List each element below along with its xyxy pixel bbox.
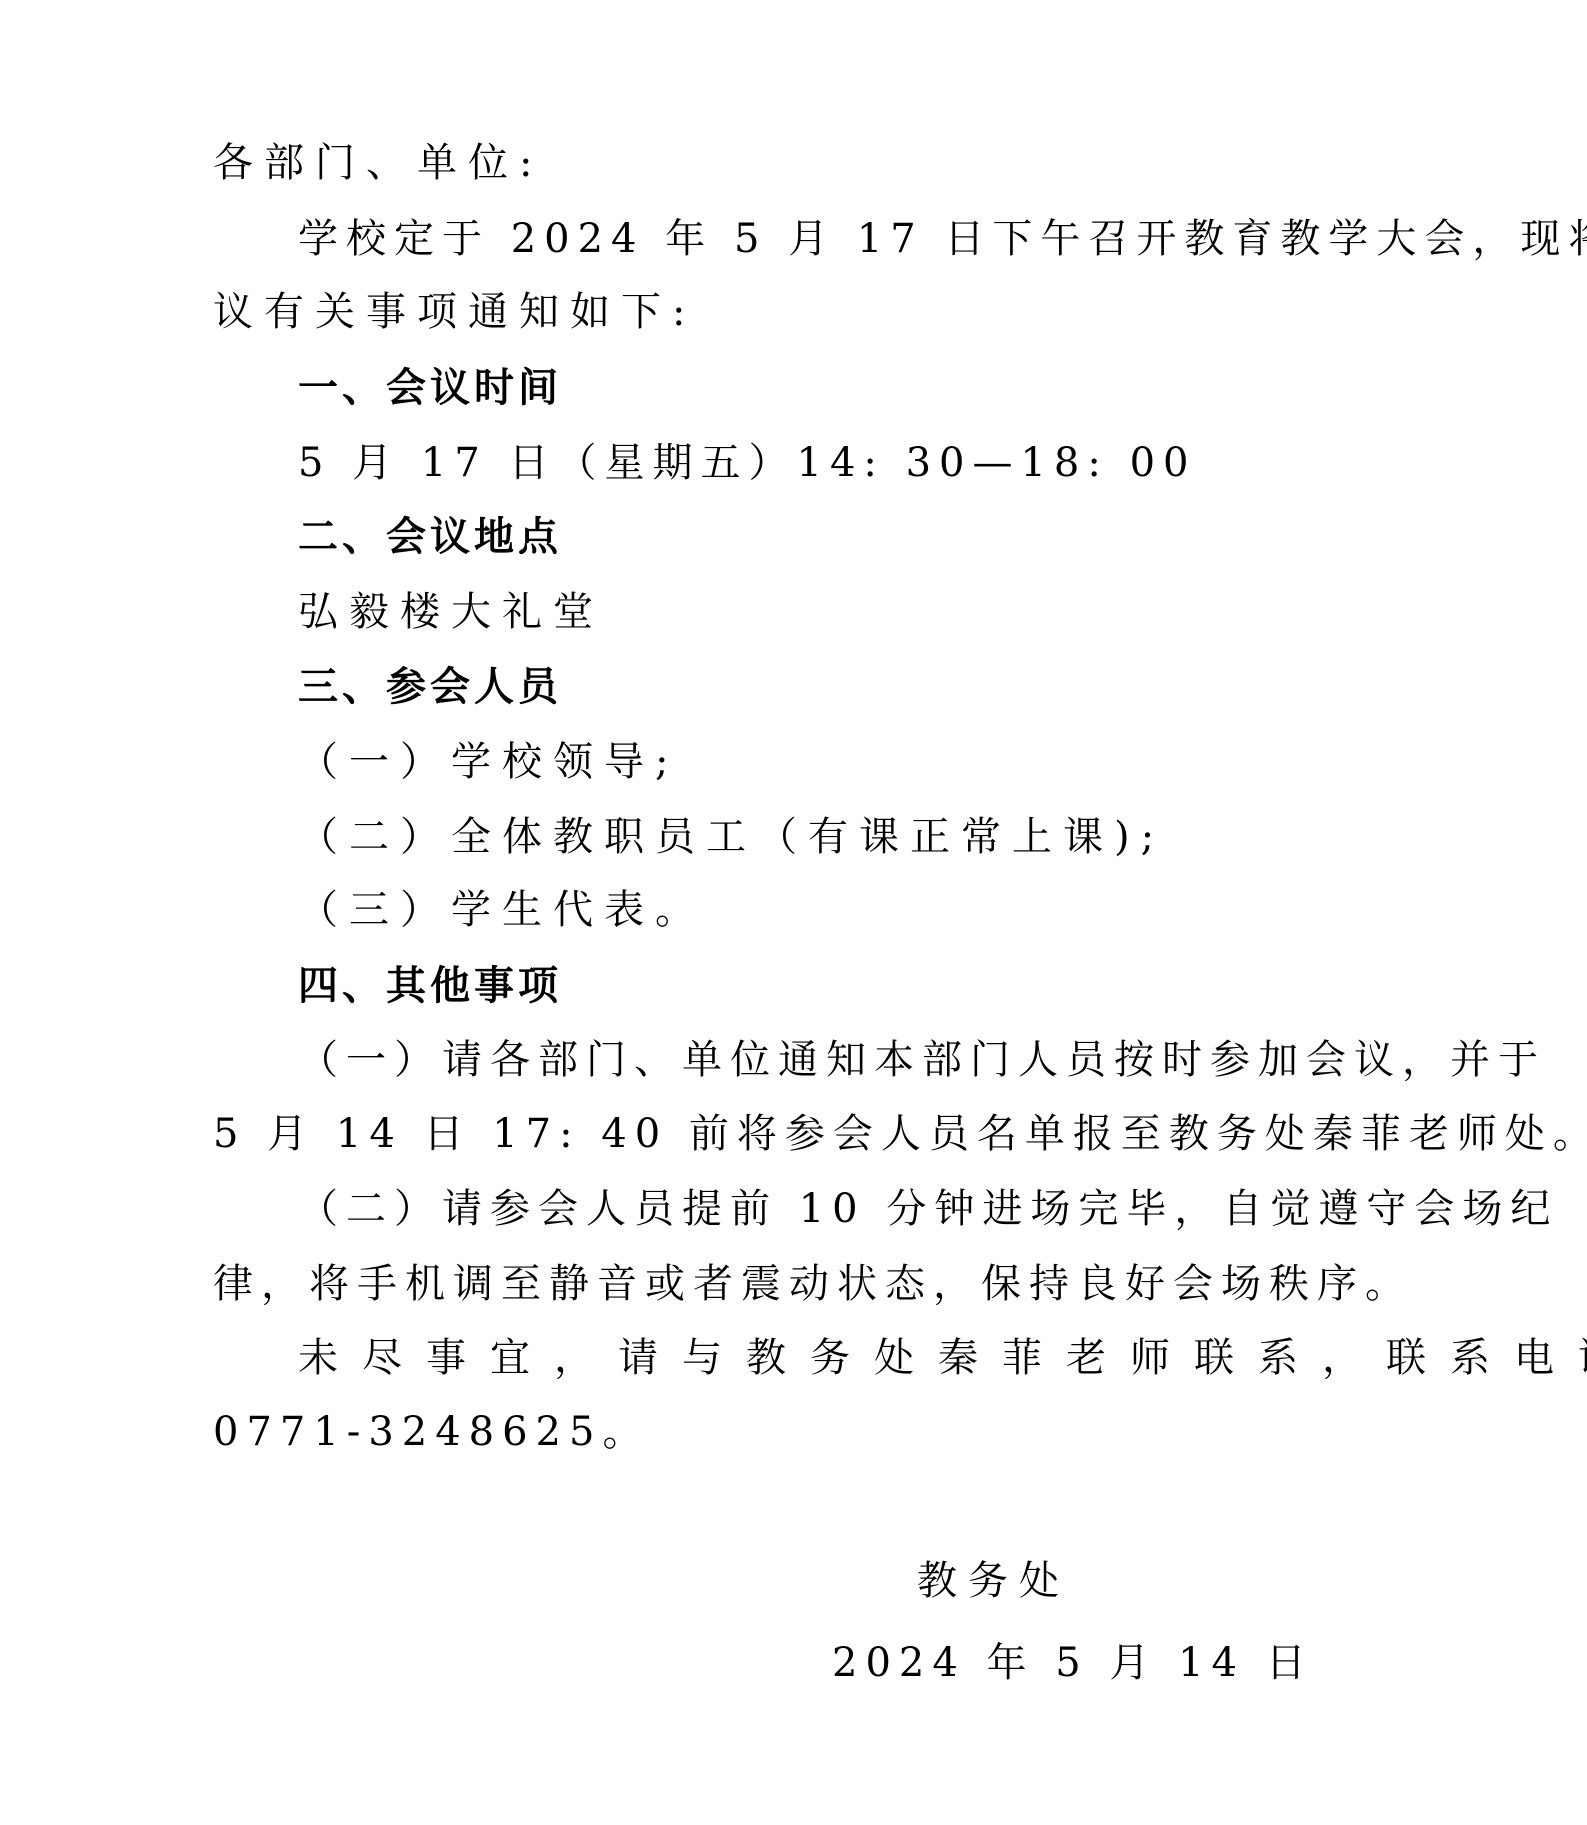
section-heading-time: 一、会议时间	[298, 364, 562, 412]
meeting-time-text: 5 月 17 日（星期五）14: 30—18: 00	[298, 439, 1196, 487]
section-heading-location: 二、会议地点	[298, 513, 562, 561]
salutation: 各部门、单位:	[213, 139, 543, 187]
other-item-2-line-2: 律，将手机调至静音或者震动状态，保持良好会场秩序。	[213, 1260, 1413, 1308]
attendee-item-3: （三）学生代表。	[298, 886, 706, 934]
intro-paragraph-line-2: 议有关事项通知如下:	[213, 288, 696, 336]
attendee-item-2: （二）全体教职员工（有课正常上课);	[298, 813, 1165, 861]
attendee-item-1: （一）学校领导;	[298, 738, 679, 786]
document-page: 各部门、单位: 学校定于 2024 年 5 月 17 日下午召开教育教学大会，现…	[0, 0, 1587, 1825]
signature-issuer: 教务处	[917, 1557, 1070, 1605]
other-item-1-line-2: 5 月 14 日 17: 40 前将参会人员名单报至教务处秦菲老师处。	[213, 1110, 1587, 1158]
signature-date: 2024 年 5 月 14 日	[832, 1639, 1314, 1687]
closing-contact-line-1: 未尽事宜，请与教务处秦菲老师联系，联系电话:	[298, 1334, 1587, 1382]
section-heading-other-matters: 四、其他事项	[298, 962, 562, 1010]
closing-contact-phone: 0771-3248625。	[213, 1408, 650, 1456]
intro-paragraph-line-1: 学校定于 2024 年 5 月 17 日下午召开教育教学大会，现将会	[298, 215, 1587, 263]
other-item-2-line-1: （二）请参会人员提前 10 分钟进场完毕，自觉遵守会场纪	[298, 1185, 1558, 1233]
meeting-location-text: 弘毅楼大礼堂	[298, 588, 604, 636]
other-item-1-line-1: （一）请各部门、单位通知本部门人员按时参加会议，并于	[298, 1036, 1546, 1084]
section-heading-attendees: 三、参会人员	[298, 663, 562, 711]
